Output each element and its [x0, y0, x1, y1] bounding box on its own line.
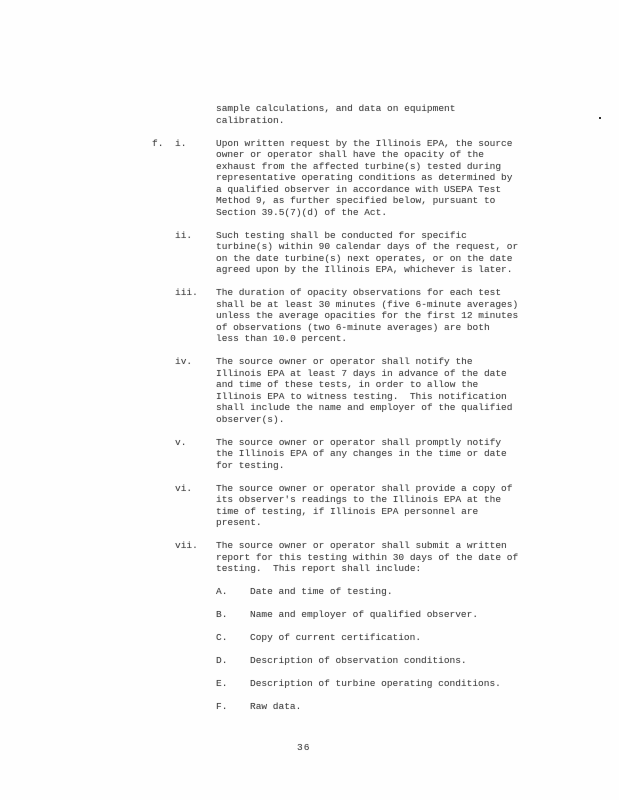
item-text-ii: Such testing shall be conducted for spec…: [216, 230, 572, 276]
sub-item-E: E.Description of turbine operating condi…: [216, 678, 572, 690]
sub-item-D: D.Description of observation conditions.: [216, 655, 572, 667]
sub-item-B: B.Name and employer of qualified observe…: [216, 609, 572, 621]
item-number-iii: iii.: [175, 287, 216, 299]
text-line: agreed upon by the Illinois EPA, whichev…: [216, 264, 572, 276]
text-line: less than 10.0 percent.: [216, 333, 572, 345]
text-line: The duration of opacity observations for…: [216, 287, 572, 299]
text-line: The source owner or operator shall promp…: [216, 437, 572, 449]
list-item-i: f.i.Upon written request by the Illinois…: [152, 138, 572, 219]
list-item-ii: ii.Such testing shall be conducted for s…: [152, 230, 572, 276]
text-line: for testing.: [216, 460, 572, 472]
item-number-vi: vi.: [175, 483, 216, 495]
text-line: shall be at least 30 minutes (five 6-min…: [216, 299, 572, 311]
text-line: unless the average opacities for the fir…: [216, 310, 572, 322]
item-text-vii: The source owner or operator shall submi…: [216, 540, 572, 713]
text-line: the Illinois EPA of any changes in the t…: [216, 448, 572, 460]
text-line: testing. This report shall include:: [216, 563, 572, 575]
text-line: a qualified observer in accordance with …: [216, 184, 572, 196]
intro-paragraph: sample calculations, and data on equipme…: [216, 103, 572, 126]
text-line: time of testing, if Illinois EPA personn…: [216, 506, 572, 518]
item-number-i: i.: [175, 138, 216, 150]
item-text-v: The source owner or operator shall promp…: [216, 437, 572, 472]
outline-label: f.: [152, 138, 175, 150]
sub-item-letter: E.: [216, 678, 250, 690]
text-line: Section 39.5(7)(d) of the Act.: [216, 207, 572, 219]
item-text-i: Upon written request by the Illinois EPA…: [216, 138, 572, 219]
text-line: Upon written request by the Illinois EPA…: [216, 138, 572, 150]
text-line: The source owner or operator shall submi…: [216, 540, 572, 552]
text-line: on the date turbine(s) next operates, or…: [216, 253, 572, 265]
text-line: The source owner or operator shall notif…: [216, 356, 572, 368]
sub-item-A: A.Date and time of testing.: [216, 586, 572, 598]
list-item-iv: iv.The source owner or operator shall no…: [152, 356, 572, 425]
text-line: report for this testing within 30 days o…: [216, 552, 572, 564]
text-line: exhaust from the affected turbine(s) tes…: [216, 161, 572, 173]
item-text-vi: The source owner or operator shall provi…: [216, 483, 572, 529]
list-item-vi: vi.The source owner or operator shall pr…: [152, 483, 572, 529]
sub-item-text: Description of turbine operating conditi…: [250, 678, 501, 690]
text-line: sample calculations, and data on equipme…: [216, 103, 572, 115]
text-line: observer(s).: [216, 414, 572, 426]
text-line: its observer's readings to the Illinois …: [216, 494, 572, 506]
sub-item-text: Copy of current certification.: [250, 632, 421, 644]
sub-item-letter: F.: [216, 701, 250, 713]
text-line: Such testing shall be conducted for spec…: [216, 230, 572, 242]
item-number-vii: vii.: [175, 540, 216, 552]
text-line: calibration.: [216, 115, 572, 127]
list-item-iii: iii.The duration of opacity observations…: [152, 287, 572, 345]
sub-item-C: C.Copy of current certification.: [216, 632, 572, 644]
text-line: turbine(s) within 90 calendar days of th…: [216, 241, 572, 253]
scan-speck-artifact: [599, 117, 601, 119]
sub-item-letter: B.: [216, 609, 250, 621]
sub-item-text: Raw data.: [250, 701, 301, 713]
item-number-ii: ii.: [175, 230, 216, 242]
text-line: and time of these tests, in order to all…: [216, 379, 572, 391]
sub-item-letter: C.: [216, 632, 250, 644]
scanned-document-page: sample calculations, and data on equipme…: [0, 0, 619, 800]
item-number-v: v.: [175, 437, 216, 449]
document-body: sample calculations, and data on equipme…: [152, 103, 572, 724]
item-number-iv: iv.: [175, 356, 216, 368]
text-line: The source owner or operator shall provi…: [216, 483, 572, 495]
text-line: present.: [216, 517, 572, 529]
sub-item-letter: A.: [216, 586, 250, 598]
text-line: shall include the name and employer of t…: [216, 402, 572, 414]
list-item-vii: vii.The source owner or operator shall s…: [152, 540, 572, 713]
item-text-iii: The duration of opacity observations for…: [216, 287, 572, 345]
sub-item-text: Date and time of testing.: [250, 586, 393, 598]
text-line: of observations (two 6-minute averages) …: [216, 322, 572, 334]
list-item-v: v.The source owner or operator shall pro…: [152, 437, 572, 472]
sub-item-letter: D.: [216, 655, 250, 667]
sub-item-F: F.Raw data.: [216, 701, 572, 713]
text-line: owner or operator shall have the opacity…: [216, 149, 572, 161]
sub-item-text: Name and employer of qualified observer.: [250, 609, 478, 621]
sub-item-text: Description of observation conditions.: [250, 655, 467, 667]
page-number: 36: [297, 742, 310, 753]
text-line: representative operating conditions as d…: [216, 172, 572, 184]
text-line: Illinois EPA to witness testing. This no…: [216, 391, 572, 403]
text-line: Illinois EPA at least 7 days in advance …: [216, 368, 572, 380]
item-text-iv: The source owner or operator shall notif…: [216, 356, 572, 425]
text-line: Method 9, as further specified below, pu…: [216, 195, 572, 207]
